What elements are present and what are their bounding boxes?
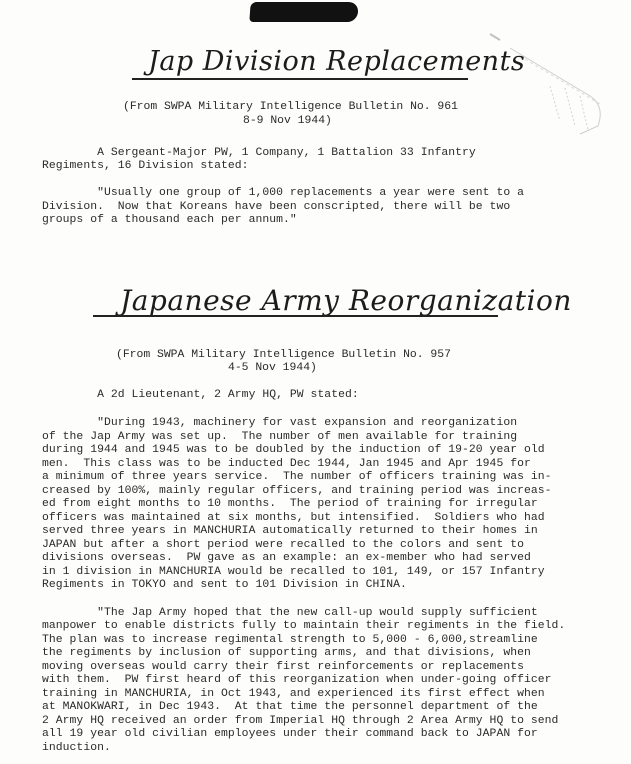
para1-line: men. This class was to be inducted Dec 1… (42, 458, 531, 471)
para2-line: 2 Army HQ received an order from Imperia… (42, 715, 558, 728)
section1-heading: Jap Division Replacements (148, 46, 525, 77)
para2-line: "The Jap Army hoped that the new call-up… (42, 607, 538, 620)
para1-line: JAPAN but after a short period were reca… (42, 539, 524, 552)
section1-intro-line: A Sergeant-Major PW, 1 Company, 1 Battal… (42, 147, 476, 160)
section2-source-line1: (From SWPA Military Intelligence Bulleti… (116, 349, 451, 361)
section1-quote-line: groups of a thousand each per annum." (42, 214, 297, 227)
section1-heading-underline (132, 78, 468, 80)
para1-line: during 1944 and 1945 was to be doubled b… (42, 444, 545, 457)
para2-line: the regiments by inclusion of supporting… (42, 647, 531, 660)
para2-line: training in MANCHURIA, in Oct 1943, and … (42, 688, 545, 701)
para1-line: Regiments in TOKYO and sent to 101 Divis… (42, 579, 407, 592)
section1-quote-line: "Usually one group of 1,000 replacements… (42, 187, 524, 200)
para2-line: manpower to enable districts fully to ma… (42, 620, 565, 633)
para1-line: ed from eight months to 10 months. The p… (42, 498, 538, 511)
section2-source-line2: 4-5 Nov 1944) (228, 362, 317, 374)
section2-heading: Japanese Army Reorganization (120, 284, 572, 317)
para2-line: moving overseas would carry their first … (42, 661, 524, 674)
para1-line: a minimum of three years service. The nu… (42, 471, 552, 484)
section1-quote-line: Division. Now that Koreans have been con… (42, 201, 510, 214)
para2-line: The plan was to increase regimental stre… (42, 634, 538, 647)
para2-line: all 19 year old civilian employees under… (42, 728, 538, 741)
section2-heading-underline (93, 315, 498, 317)
faint-stamp-mark (480, 26, 630, 136)
para1-line: divisions overseas. PW gave as an exampl… (42, 552, 531, 565)
para1-line: in 1 division in MANCHURIA would be reca… (42, 566, 545, 579)
section1-intro-line: Regiments, 16 Division stated: (42, 160, 249, 173)
para2-line: induction. (42, 742, 111, 755)
para1-line: officers was maintained at six months, b… (42, 512, 545, 525)
section1-source-line1: (From SWPA Military Intelligence Bulleti… (123, 101, 458, 113)
para2-line: at MANOKWARI, in Dec 1943. At that time … (42, 701, 538, 714)
section2-intro-line: A 2d Lieutenant, 2 Army HQ, PW stated: (42, 389, 359, 402)
para1-line: served three years in MANCHURIA automati… (42, 525, 538, 538)
redaction-mark (249, 2, 358, 22)
section1-source-line2: 8-9 Nov 1944) (243, 115, 332, 127)
para1-line: "During 1943, machinery for vast expansi… (42, 417, 517, 430)
para1-line: of the Jap Army was set up. The number o… (42, 431, 517, 444)
para2-line: with them. PW first heard of this reorga… (42, 674, 552, 687)
document-page: Jap Division Replacements (From SWPA Mil… (0, 0, 631, 764)
para1-line: creased by 100%, mainly regular officers… (42, 485, 552, 498)
